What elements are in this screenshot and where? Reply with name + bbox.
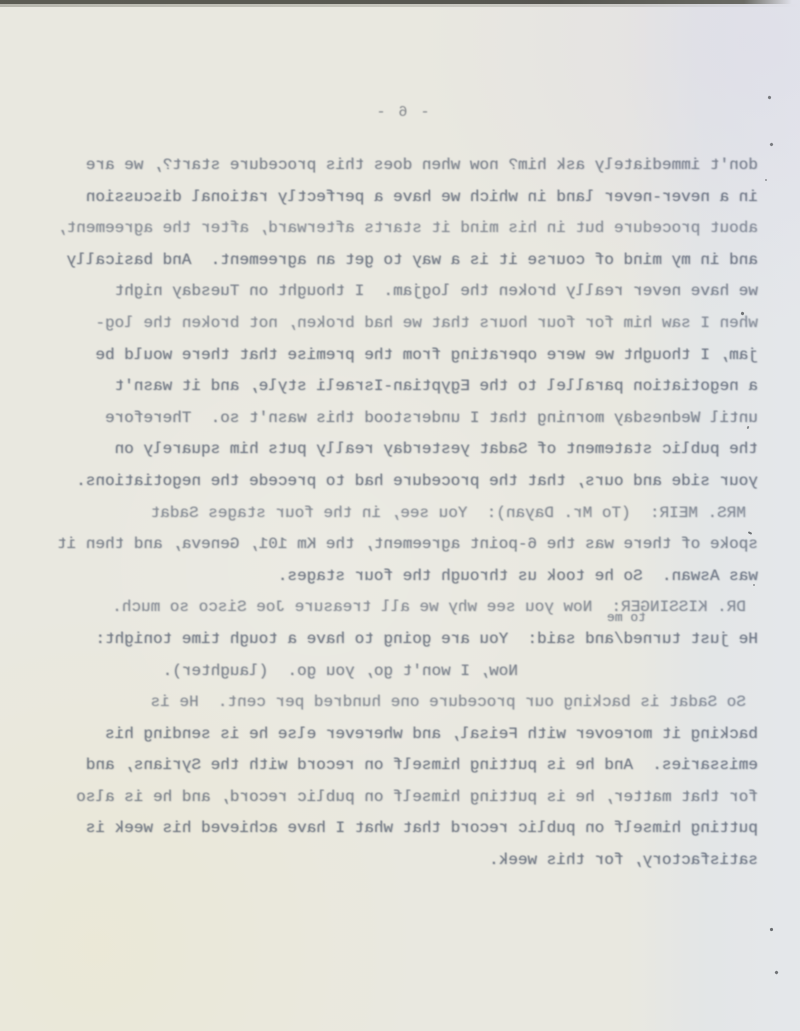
text-line: jam, I thought we were operating from th… [18, 340, 758, 372]
typewritten-text-block: don't immediately ask him? now when does… [18, 150, 758, 877]
text-line: about procedure but in his mind it start… [18, 213, 758, 245]
scanned-page: - 6 - don't immediately ask him? now whe… [0, 0, 800, 1031]
text-line: for that matter, he is putting himself o… [18, 782, 758, 814]
page-number: - 6 - [352, 104, 452, 121]
mirrored-bleedthrough-content: - 6 - don't immediately ask him? now whe… [0, 0, 800, 1031]
text-line: So Sadat is backing our procedure one hu… [18, 687, 758, 719]
text-line: was Aswan. So he took us through the fou… [18, 561, 758, 593]
text-line: backing it moreover with Feisal, and whe… [18, 719, 758, 751]
text-line: the public statement of Sadat yesterday … [18, 434, 758, 466]
text-line: He just turned/and said: You are going t… [18, 624, 758, 656]
text-line: satisfactory, for this week. [18, 845, 758, 877]
text-line: we have never really broken the logjam. … [18, 276, 758, 308]
text-line: Now, I won't go, you go. (laughter). [18, 656, 758, 688]
text-line: emissaries. And he is putting himself on… [18, 750, 758, 782]
text-line: until Wednesday morning that I understoo… [18, 403, 758, 435]
text-line: putting himself on public record that wh… [18, 813, 758, 845]
text-line: DR. KISSINGER: Now you see why we all tr… [18, 592, 758, 624]
text-line: your side and ours, that the procedure h… [18, 466, 758, 498]
text-line: don't immediately ask him? now when does… [18, 150, 758, 182]
text-line: in a never-never land in which we have a… [18, 182, 758, 214]
text-line: spoke of there was the 6-point agreement… [18, 529, 758, 561]
text-line: when I saw him for four hours that we ha… [18, 308, 758, 340]
text-line: and in my mind of course it is a way to … [18, 245, 758, 277]
text-line: MRS. MEIR: (To Mr. Dayan): You see, in t… [18, 498, 758, 530]
text-line: a negotiation parallel to the Egyptian-I… [18, 371, 758, 403]
insertion-superscript: to me [607, 611, 646, 624]
